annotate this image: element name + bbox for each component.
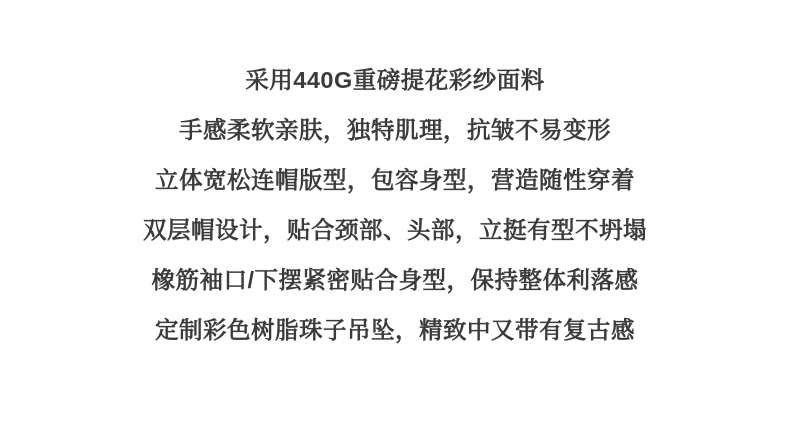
description-line-hood: 双层帽设计，贴合颈部、头部，立挺有型不坍塌 bbox=[0, 205, 790, 255]
product-description-block: 采用440G重磅提花彩纱面料 手感柔软亲肤，独特肌理，抗皱不易变形 立体宽松连帽… bbox=[0, 0, 790, 355]
description-line-pendant: 定制彩色树脂珠子吊坠，精致中又带有复古感 bbox=[0, 305, 790, 355]
description-line-fabric: 采用440G重磅提花彩纱面料 bbox=[0, 55, 790, 105]
description-line-feel: 手感柔软亲肤，独特肌理，抗皱不易变形 bbox=[0, 105, 790, 155]
description-line-fit: 立体宽松连帽版型，包容身型，营造随性穿着 bbox=[0, 155, 790, 205]
description-line-cuff: 橡筋袖口/下摆紧密贴合身型，保持整体利落感 bbox=[0, 255, 790, 305]
